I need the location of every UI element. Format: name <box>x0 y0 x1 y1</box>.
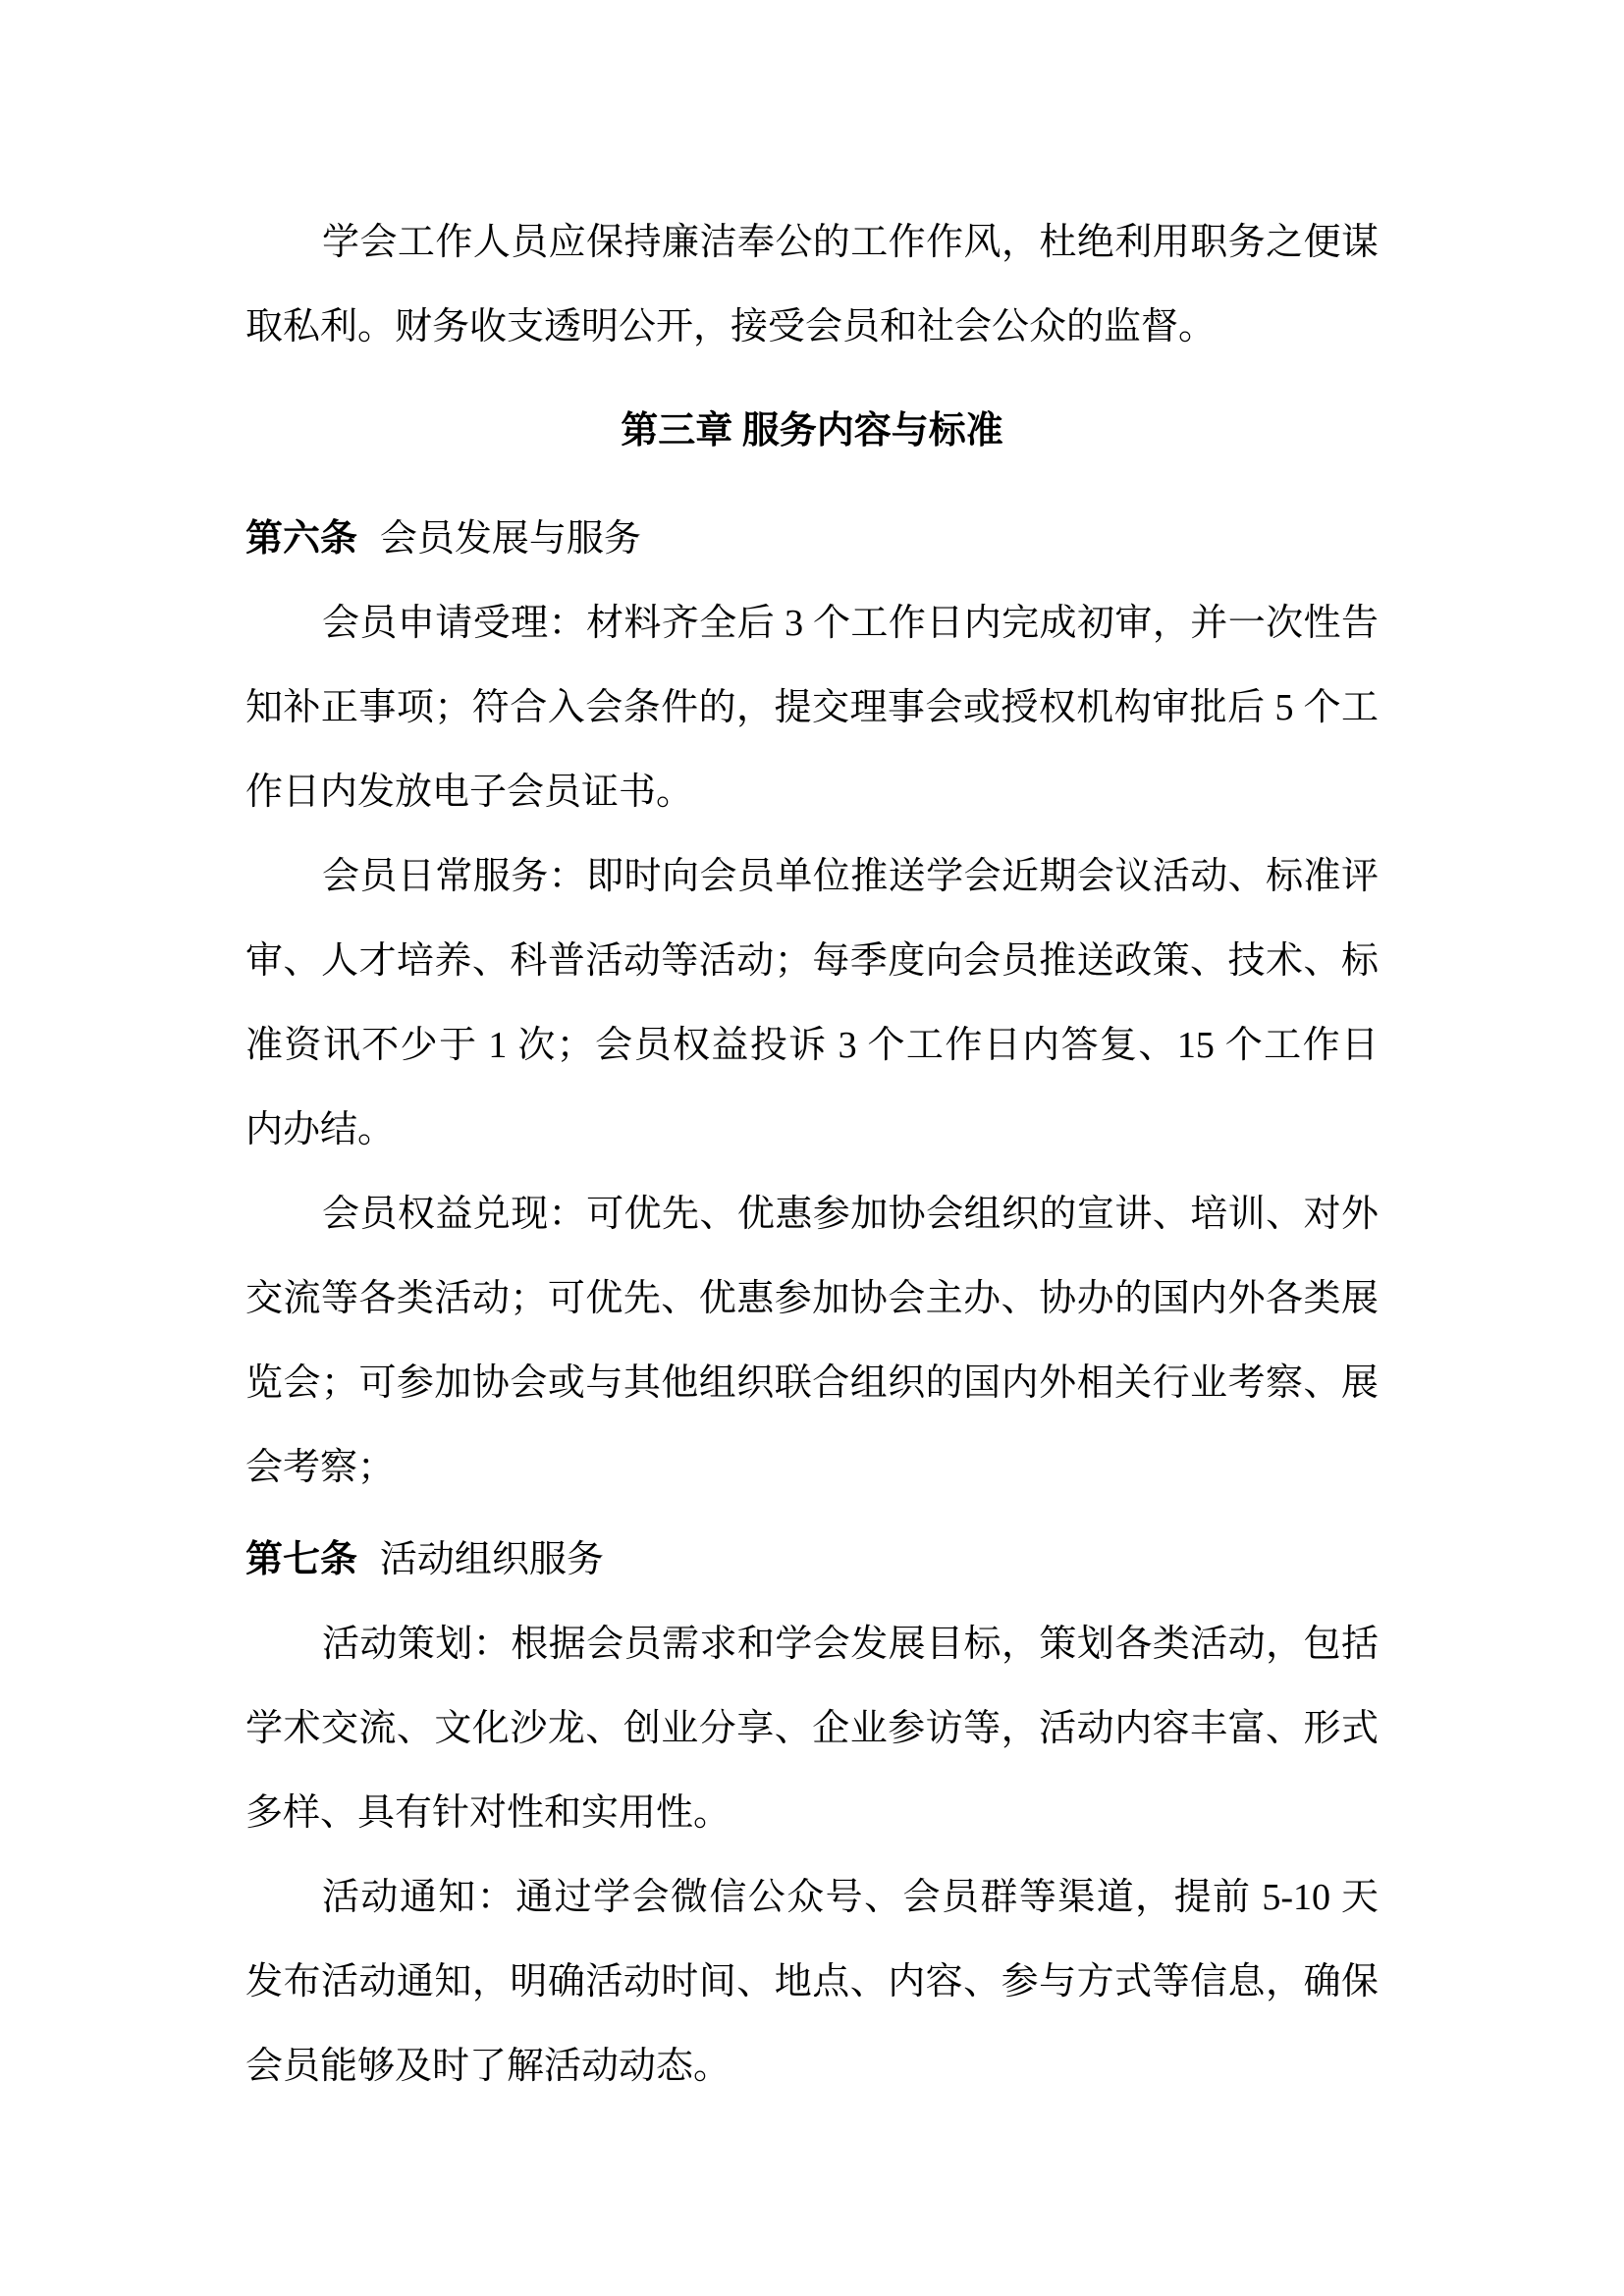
text-line: 取私利。财务收支透明公开，接受会员和社会公众的监督。 <box>245 285 1379 369</box>
chapter-heading: 第三章 服务内容与标准 <box>245 389 1379 473</box>
paragraph: 活动策划：根据会员需求和学会发展目标，策划各类活动，包括学术交流、文化沙龙、创业… <box>245 1602 1379 1855</box>
paragraph: 会员日常服务：即时向会员单位推送学会近期会议活动、标准评审、人才培养、科普活动等… <box>245 834 1379 1172</box>
text-line: 交流等各类活动；可优先、优惠参加协会主办、协办的国内外各类展 <box>245 1256 1379 1341</box>
paragraph: 会员申请受理：材料齐全后 3 个工作日内完成初审，并一次性告知补正事项；符合入会… <box>245 581 1379 834</box>
article-label: 第七条 <box>245 1539 357 1580</box>
article-heading: 第六条会员发展与服务 <box>245 497 1379 581</box>
text-line: 作日内发放电子会员证书。 <box>245 750 1379 834</box>
text-line: 学会工作人员应保持廉洁奉公的工作作风，杜绝利用职务之便谋 <box>245 200 1379 285</box>
document-page: 学会工作人员应保持廉洁奉公的工作作风，杜绝利用职务之便谋取私利。财务收支透明公开… <box>0 0 1624 2296</box>
text-line: 内办结。 <box>245 1088 1379 1172</box>
text-line: 览会；可参加协会或与其他组织联合组织的国内外相关行业考察、展 <box>245 1341 1379 1425</box>
article-label: 第六条 <box>245 518 357 560</box>
text-line: 活动通知：通过学会微信公众号、会员群等渠道，提前 5-10 天 <box>245 1855 1379 1940</box>
article-heading: 第七条活动组织服务 <box>245 1518 1379 1602</box>
text-line: 知补正事项；符合入会条件的，提交理事会或授权机构审批后 5 个工 <box>245 666 1379 750</box>
text-line: 会考察； <box>245 1425 1379 1510</box>
paragraph: 活动通知：通过学会微信公众号、会员群等渠道，提前 5-10 天发布活动通知，明确… <box>245 1855 1379 2109</box>
text-line: 会员日常服务：即时向会员单位推送学会近期会议活动、标准评 <box>245 834 1379 919</box>
paragraph: 学会工作人员应保持廉洁奉公的工作作风，杜绝利用职务之便谋取私利。财务收支透明公开… <box>245 200 1379 369</box>
article-title: 活动组织服务 <box>380 1539 604 1580</box>
text-line: 活动策划：根据会员需求和学会发展目标，策划各类活动，包括 <box>245 1602 1379 1686</box>
text-line: 多样、具有针对性和实用性。 <box>245 1771 1379 1855</box>
text-line: 学术交流、文化沙龙、创业分享、企业参访等，活动内容丰富、形式 <box>245 1686 1379 1771</box>
text-line: 会员能够及时了解活动动态。 <box>245 2024 1379 2109</box>
text-line: 审、人才培养、科普活动等活动；每季度向会员推送政策、技术、标 <box>245 919 1379 1003</box>
article-title: 会员发展与服务 <box>380 518 641 560</box>
text-line: 会员权益兑现：可优先、优惠参加协会组织的宣讲、培训、对外 <box>245 1172 1379 1256</box>
text-line: 准资讯不少于 1 次；会员权益投诉 3 个工作日内答复、15 个工作日 <box>245 1003 1379 1088</box>
text-line: 发布活动通知，明确活动时间、地点、内容、参与方式等信息，确保 <box>245 1940 1379 2024</box>
text-line: 会员申请受理：材料齐全后 3 个工作日内完成初审，并一次性告 <box>245 581 1379 666</box>
paragraph: 会员权益兑现：可优先、优惠参加协会组织的宣讲、培训、对外交流等各类活动；可优先、… <box>245 1172 1379 1510</box>
